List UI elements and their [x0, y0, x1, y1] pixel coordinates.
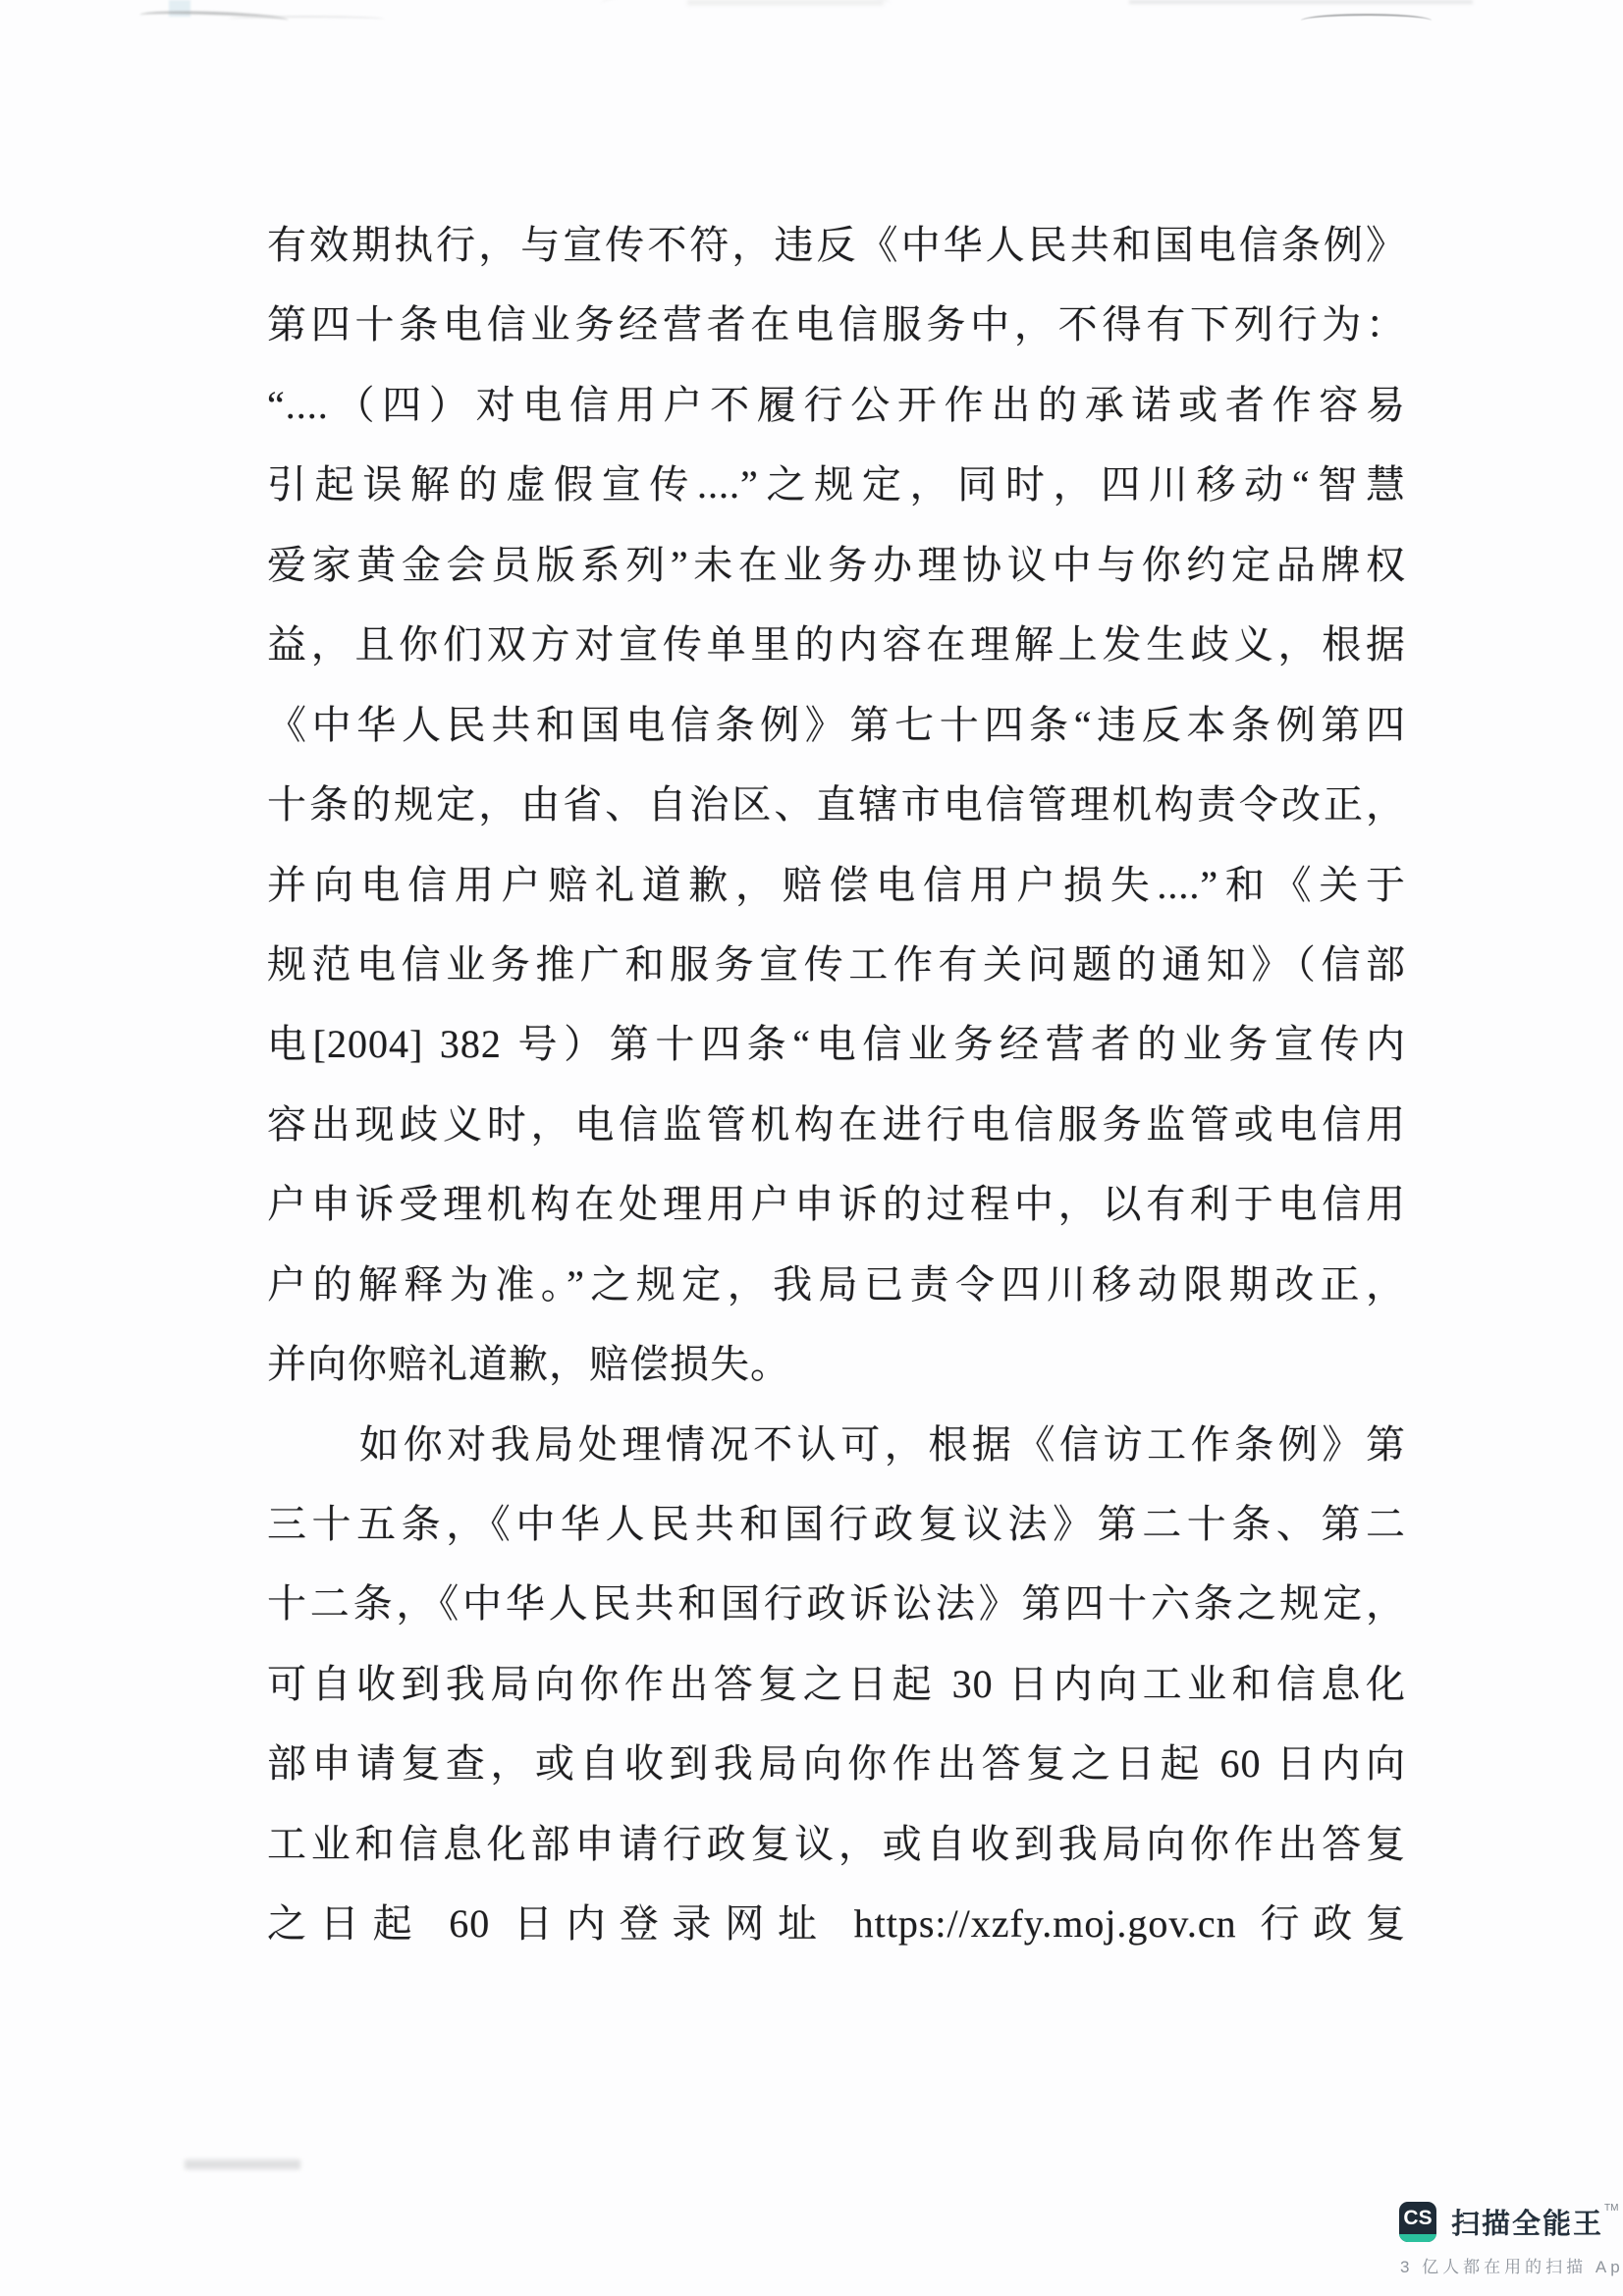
document-line: 可自收到我局向你作出答复之日起 30 日内向工业和信息化 — [267, 1644, 1406, 1724]
camscanner-logo-row: CS 扫描全能王 TM — [1399, 2202, 1623, 2242]
camscanner-watermark: CS 扫描全能王 TM 3 亿人都在用的扫描 App — [1399, 2202, 1623, 2277]
document-text-block: 有效期执行，与宣传不符，违反《中华人民共和国电信条例》 第四十条电信业务经营者在… — [267, 205, 1406, 1964]
document-line: “....（四）对电信用户不履行公开作出的承诺或者作容易 — [267, 365, 1406, 445]
document-line: 十条的规定，由省、自治区、直辖市电信管理机构责令改正， — [267, 765, 1406, 844]
camscanner-app-name: 扫描全能王 — [1451, 2202, 1603, 2242]
document-line: 益，且你们双方对宣传单里的内容在理解上发生歧义，根据 — [267, 605, 1406, 684]
scan-artifact — [1301, 14, 1432, 27]
document-line: 规范电信业务推广和服务宣传工作有关问题的通知》（信部 — [267, 925, 1406, 1004]
scanned-document-page: 有效期执行，与宣传不符，违反《中华人民共和国电信条例》 第四十条电信业务经营者在… — [0, 0, 1623, 2296]
document-line: 户申诉受理机构在处理用户申诉的过程中，以有利于电信用 — [267, 1164, 1406, 1244]
document-line: 部申请复查，或自收到我局向你作出答复之日起 60 日内向 — [267, 1724, 1406, 1803]
camscanner-cs-icon: CS — [1399, 2202, 1436, 2242]
scan-artifact — [228, 16, 385, 23]
document-line: 三十五条，《中华人民共和国行政复议法》第二十条、第二 — [267, 1484, 1406, 1564]
document-line: 有效期执行，与宣传不符，违反《中华人民共和国电信条例》 — [267, 205, 1406, 285]
document-line: 户的解释为准。”之规定，我局已责令四川移动限期改正， — [267, 1245, 1406, 1324]
cs-icon-letters: CS — [1399, 2202, 1436, 2234]
document-line: 爱家黄金会员版系列”未在业务办理协议中与你约定品牌权 — [267, 525, 1406, 605]
document-line: 《中华人民共和国电信条例》第七十四条“违反本条例第四 — [267, 685, 1406, 765]
scan-artifact — [169, 0, 190, 17]
scan-artifact — [601, 0, 891, 20]
document-line: 并向你赔礼道歉，赔偿损失。 — [267, 1324, 1406, 1404]
document-line: 引起误解的虚假宣传....”之规定，同时，四川移动“智慧 — [267, 445, 1406, 524]
cs-icon-accent-strip — [1399, 2234, 1436, 2242]
scan-artifact — [687, 0, 884, 5]
document-line: 如你对我局处理情况不认可，根据《信访工作条例》第 — [267, 1405, 1406, 1484]
document-line: 并向电信用户赔礼道歉，赔偿电信用户损失....”和《关于 — [267, 845, 1406, 925]
document-line: 容出现歧义时，电信监管机构在进行电信服务监管或电信用 — [267, 1085, 1406, 1164]
camscanner-tagline: 3 亿人都在用的扫描 App — [1399, 2253, 1623, 2277]
scan-artifact — [1129, 0, 1473, 4]
scan-artifact — [185, 2160, 300, 2169]
trademark-mark: TM — [1604, 2203, 1618, 2214]
document-line: 电[2004] 382 号）第十四条“电信业务经营者的业务宣传内 — [267, 1004, 1406, 1084]
document-line: 第四十条电信业务经营者在电信服务中，不得有下列行为： — [267, 285, 1406, 364]
scan-artifact — [139, 9, 289, 26]
document-line: 十二条，《中华人民共和国行政诉讼法》第四十六条之规定， — [267, 1564, 1406, 1643]
document-line: 工业和信息化部申请行政复议，或自收到我局向你作出答复 — [267, 1804, 1406, 1884]
document-line: 之日起 60 日内登录网址 https://xzfy.moj.gov.cn 行政… — [267, 1884, 1406, 1963]
